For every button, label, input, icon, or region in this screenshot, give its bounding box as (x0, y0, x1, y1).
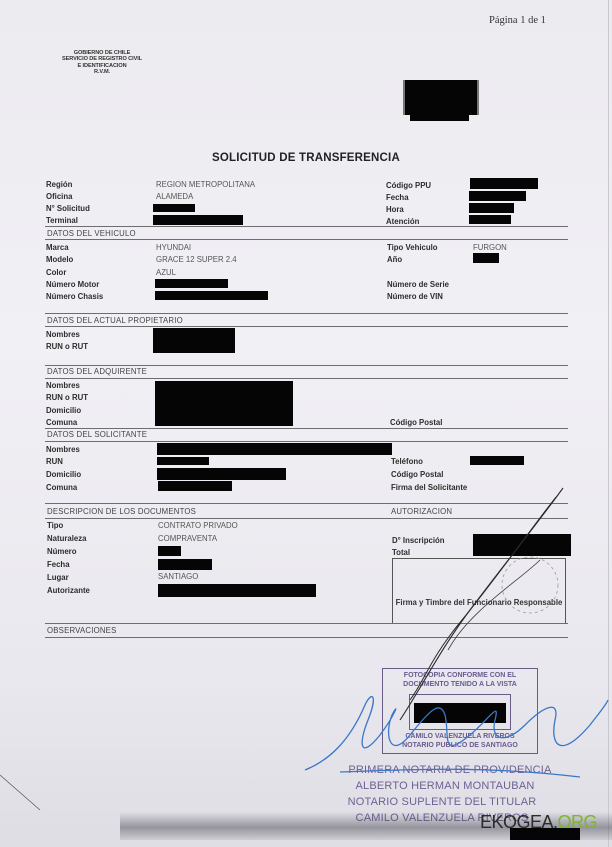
blue-signature (305, 697, 608, 777)
signature-strokes (0, 0, 612, 847)
watermark-part2: ORG (558, 812, 598, 832)
watermark: EKOGEA.ORG (480, 812, 597, 833)
watermark-part1: EKOGEA. (480, 812, 558, 832)
